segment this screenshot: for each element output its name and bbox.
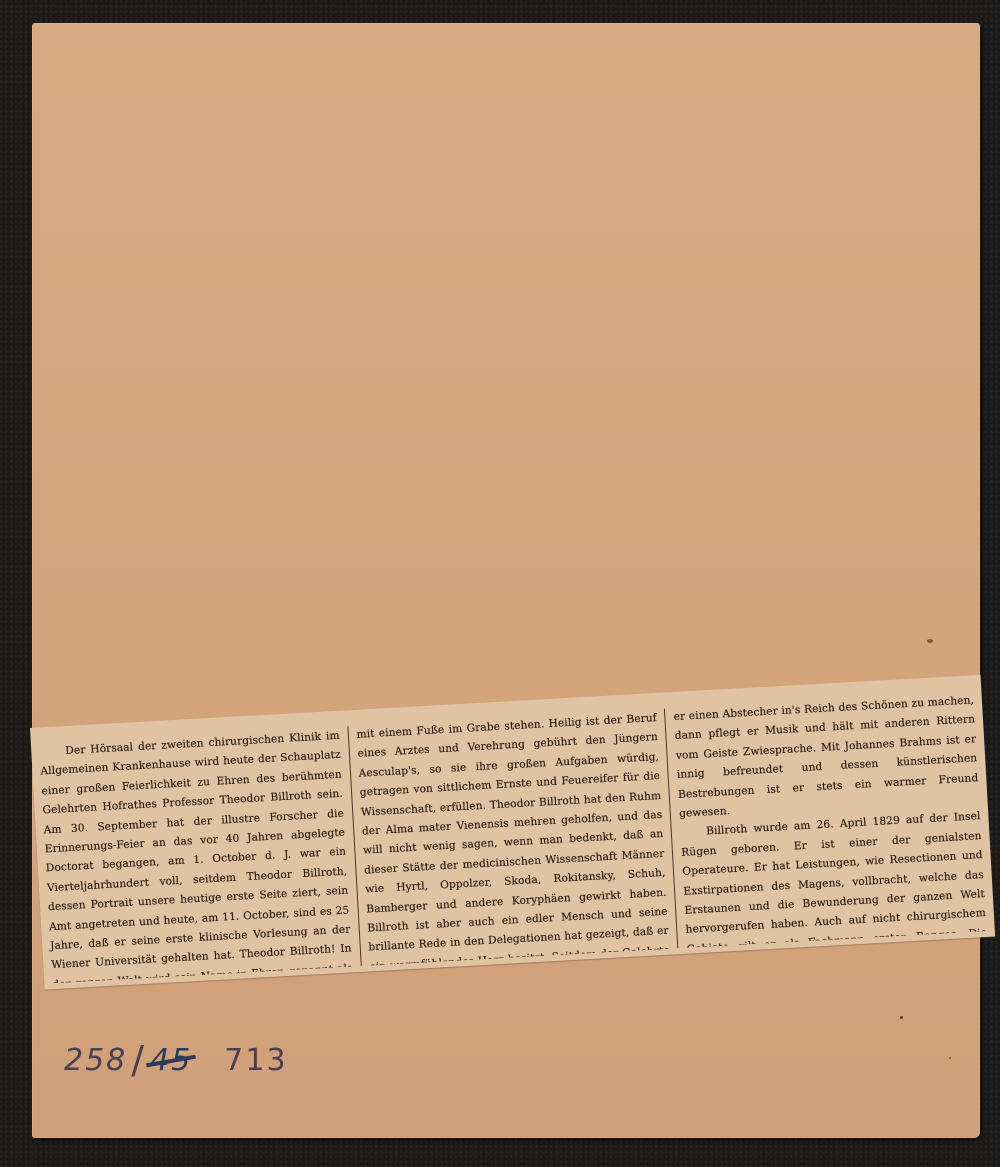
catalog-number-right: 713: [224, 1043, 287, 1078]
clipping-column-2: mit einem Fuße im Grabe stehen. Heilig i…: [347, 709, 678, 966]
separator-slash: /: [131, 1038, 146, 1082]
struck-out-number: 45: [150, 1043, 192, 1078]
stain-spot: [927, 639, 933, 643]
clipping-column-1: Der Hörsaal der zweiten chirurgischen Kl…: [31, 726, 361, 983]
newspaper-clipping: Der Hörsaal der zweiten chirurgischen Kl…: [30, 675, 995, 990]
article-text: Der Hörsaal der zweiten chirurgischen Kl…: [39, 727, 360, 984]
stain-spot: [949, 1057, 951, 1059]
stain-spot: [900, 1016, 903, 1019]
clipping-column-3: er einen Abstecher in's Reich des Schöne…: [664, 691, 995, 948]
catalog-annotation: 258 / 45 713: [64, 1038, 288, 1082]
article-text: Billroth wurde am 26. April 1829 auf der…: [680, 808, 991, 949]
article-text: er einen Abstecher in's Reich des Schöne…: [673, 691, 980, 824]
catalog-number-left: 258: [64, 1043, 127, 1078]
article-text: mit einem Fuße im Grabe stehen. Heilig i…: [356, 709, 676, 966]
